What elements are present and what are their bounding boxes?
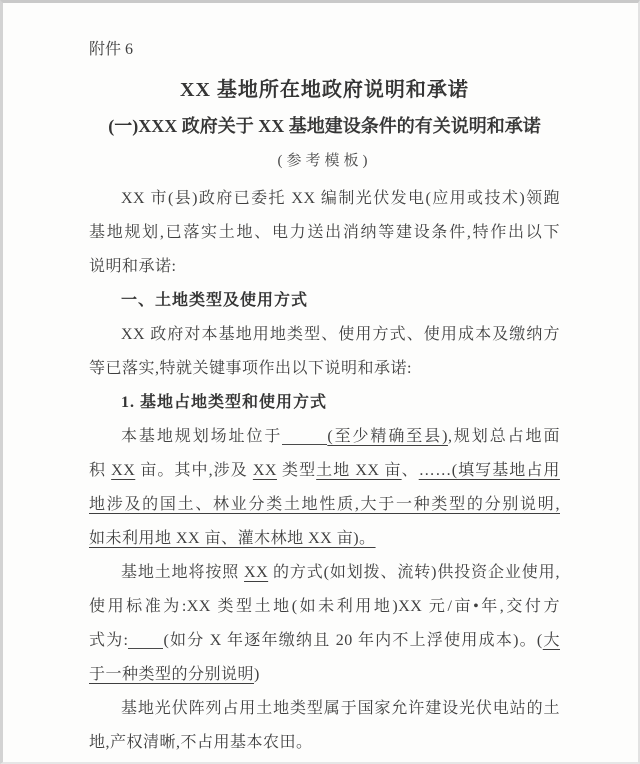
text-run: 、 [402,462,419,479]
text-run: 地,产权清晰,不占用基本农田。 [89,734,313,751]
text-run: 地涉及的国土、林业分类土地性质,大于一种类型的分别说明, [89,496,560,513]
document-line: 本基地规划场址位于(至少精确至县),规划总占地面 [89,420,560,454]
document-line: 使用标准为:XX 类型土地(如未利用地)XX 元/亩•年,交付方 [89,590,560,624]
land-supply-paragraph: 基地土地将按照 XX 的方式(如划拨、流转)供投资企业使用,使用标准为:XX 类… [89,556,560,692]
document-line: 于一种类型的分别说明) [89,658,560,692]
text-run: 大 [543,632,560,649]
text-run: 说明和承诺: [89,258,176,275]
document-line: 如未利用地 XX 亩、灌木林地 XX 亩)。 [89,522,560,556]
fill-in-blank [128,647,163,649]
intro-paragraph: XX 市(县)政府已委托 XX 编制光伏发电(应用或技术)领跑基地规划,已落实土… [89,182,560,284]
text-run: 使用标准为:XX 类型土地(如未利用地)XX 元/亩•年,交付方 [89,598,560,615]
section-1-intro-paragraph: XX 政府对本基地用地类型、使用方式、使用成本及缴纳方式等已落实,特就关键事项作… [89,318,560,386]
text-run: XX [253,462,277,479]
document-line: XX 政府对本基地用地类型、使用方式、使用成本及缴纳方式 [89,318,560,352]
document-subtitle: (一)XXX 政府关于 XX 基地建设条件的有关说明和承诺 [89,113,560,139]
document-title: XX 基地所在地政府说明和承诺 [89,77,560,104]
document-line: 等已落实,特就关键事项作出以下说明和承诺: [89,352,560,386]
text-run: 式为: [89,632,128,649]
document-line: 地,产权清晰,不占用基本农田。 [89,726,560,760]
text-run: 类型 [277,462,316,479]
text-run: 亩。其中,涉及 [135,462,253,479]
text-run: 基地规划,已落实土地、电力送出消纳等建设条件,特作出以下 [89,224,560,241]
text-run: 积 [89,462,111,479]
document-line: XX 市(县)政府已委托 XX 编制光伏发电(应用或技术)领跑 [89,182,560,216]
document-line: 基地光伏阵列占用土地类型属于国家允许建设光伏电站的土 [89,692,560,726]
template-note: (参考模板) [89,150,560,172]
text-run: XX 市(县)政府已委托 XX 编制光伏发电(应用或技术)领跑 [121,190,560,207]
text-run: (至少精确至县) [327,428,448,445]
text-run: 如未利用地 XX 亩、灌木林地 XX 亩)。 [89,530,376,547]
site-location-paragraph: 本基地规划场址位于(至少精确至县),规划总占地面积 XX 亩。其中,涉及 XX … [89,420,560,556]
text-run: ) [254,666,260,683]
fill-in-blank [282,443,327,445]
document-line: 基地规划,已落实土地、电力送出消纳等建设条件,特作出以下 [89,216,560,250]
attachment-label: 附件 6 [89,38,560,62]
text-run: XX [244,564,268,581]
text-run: XX 政府对本基地用地类型、使用方式、使用成本及缴纳方式 [89,326,560,352]
text-run: ,规划总占地面 [448,428,560,445]
text-run: (如分 X 年逐年缴纳且 20 年内不上浮使用成本)。( [163,632,542,649]
section-1-heading: 一、土地类型及使用方式 [89,284,560,318]
text-run: 基地光伏阵列占用土地类型属于国家允许建设光伏电站的土 [121,700,560,717]
document-line: 积 XX 亩。其中,涉及 XX 类型土地 XX 亩、……(填写基地占用土 [89,454,560,488]
text-run: 的方式(如划拨、流转)供投资企业使用, [268,564,560,581]
document-line: 地涉及的国土、林业分类土地性质,大于一种类型的分别说明, [89,488,560,522]
pv-array-land-paragraph: 基地光伏阵列占用土地类型属于国家允许建设光伏电站的土地,产权清晰,不占用基本农田… [89,692,560,760]
document-line: 式为:(如分 X 年逐年缴纳且 20 年内不上浮使用成本)。(大 [89,624,560,658]
document-page: 附件 6 XX 基地所在地政府说明和承诺 (一)XXX 政府关于 XX 基地建设… [0,0,640,764]
text-run: 本基地规划场址位于 [121,428,282,445]
text-run: 于一种类型的分别说明 [89,666,254,683]
text-run: XX [111,462,135,479]
subsection-1-heading: 1. 基地占地类型和使用方式 [89,386,560,420]
document-line: 基地土地将按照 XX 的方式(如划拨、流转)供投资企业使用, [89,556,560,590]
document-line: 说明和承诺: [89,250,560,284]
text-run: 土地 XX 亩 [316,462,401,479]
text-run: 基地土地将按照 [121,564,244,581]
text-run: 等已落实,特就关键事项作出以下说明和承诺: [89,360,412,377]
document-body: XX 市(县)政府已委托 XX 编制光伏发电(应用或技术)领跑基地规划,已落实土… [89,182,560,760]
